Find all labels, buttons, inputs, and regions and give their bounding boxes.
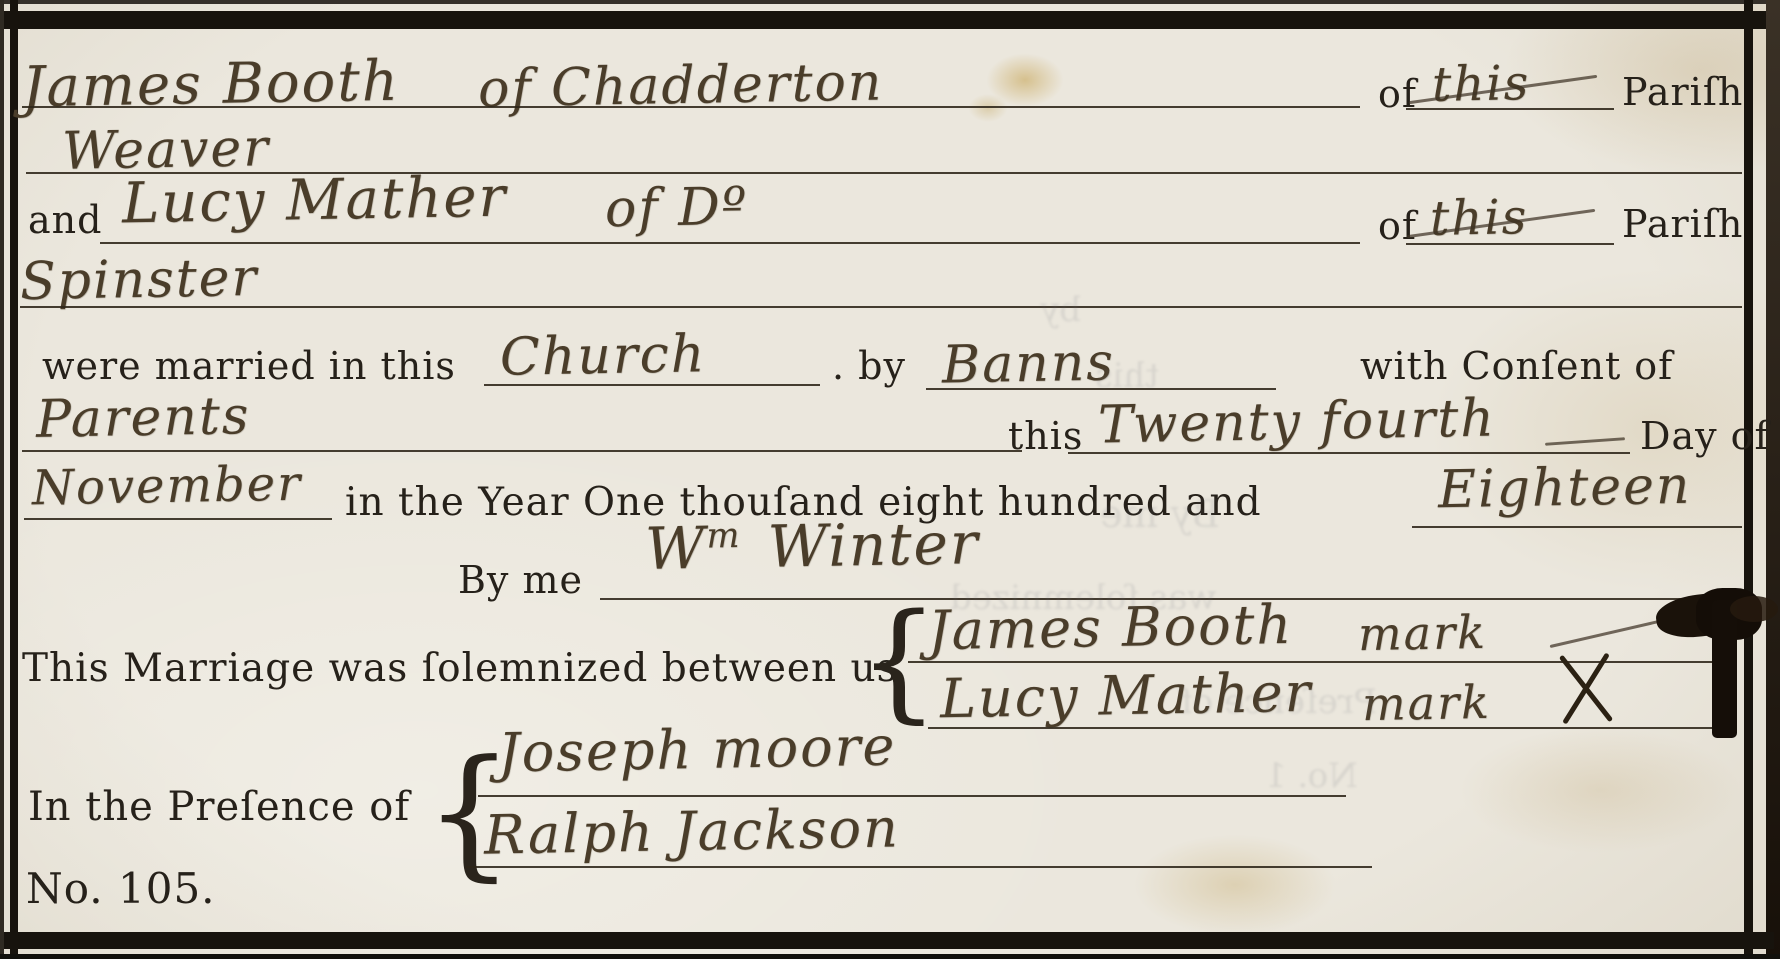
show-through-text: By me	[1100, 492, 1220, 536]
married-printed: were married in this	[42, 344, 456, 388]
groom-mark-word: mark	[1358, 605, 1488, 661]
consent-handwriting: Parents	[35, 386, 250, 450]
entry-rule	[20, 306, 1742, 308]
parish-label: Pariſh	[1622, 70, 1743, 114]
entry-rule	[22, 106, 1360, 108]
year-handwriting: Eighteen	[1437, 456, 1691, 520]
show-through-text: was ſolemnized	[950, 578, 1217, 618]
entry-rule	[1406, 108, 1614, 110]
entry-rule	[24, 518, 332, 520]
frame-left-thin	[0, 0, 4, 959]
frame-bottom-bar	[4, 932, 1774, 949]
show-through-text: by	[1040, 290, 1081, 330]
signature-mark-cross	[1545, 652, 1625, 726]
frame-right-bar	[1744, 0, 1753, 959]
bride-mark-word: mark	[1362, 675, 1492, 731]
show-through-text: Preſence of	[1180, 682, 1377, 722]
officiant-signature: WmWinter	[644, 509, 980, 583]
bride-parish-handwriting: this	[1430, 189, 1529, 247]
show-through-text: this	[1095, 356, 1159, 396]
entry-rule	[100, 242, 1360, 244]
solemnized-printed: This Marriage was ſolemnized between us	[22, 646, 898, 691]
month-handwriting: November	[32, 456, 303, 517]
place-handwriting: Church	[499, 324, 706, 388]
frame-top-bar	[4, 11, 1774, 29]
day-handwriting: Twenty fourth	[1098, 389, 1497, 456]
groom-residence-handwriting: of Chadderton	[478, 52, 884, 119]
witness2-signature: Ralph Jackson	[483, 796, 900, 866]
entry-rule	[484, 384, 820, 386]
frame-bottom-thin	[0, 954, 1780, 959]
ink-blot-smear	[1730, 596, 1778, 622]
ink-blot-drip	[1712, 600, 1737, 738]
day-of-label: Day of	[1640, 414, 1770, 458]
presence-printed: In the Preſence of	[28, 784, 410, 830]
consent-printed: with Conſent of	[1360, 344, 1673, 388]
and-label: and	[28, 198, 102, 242]
entry-number: No. 105.	[26, 864, 216, 913]
entry-rule	[478, 795, 1346, 797]
marriage-register-page: James Booth of Chadderton of this Pariſh…	[0, 0, 1780, 959]
groom-parish-handwriting: this	[1432, 55, 1531, 113]
frame-top-thin	[0, 0, 1780, 4]
entry-rule	[1068, 452, 1630, 454]
entry-rule	[22, 450, 1022, 452]
show-through-text: No. 1	[1265, 756, 1358, 796]
entry-rule	[928, 727, 1714, 729]
bride-name-handwriting: Lucy Mather	[121, 165, 507, 237]
bride-residence-handwriting: of Dº	[604, 177, 748, 239]
page-edge-right	[1766, 0, 1780, 959]
flourish-tail	[1545, 437, 1625, 446]
of-label: of	[1378, 204, 1417, 248]
method-handwriting: Banns	[941, 332, 1115, 395]
witness1-signature: Joseph moore	[497, 715, 896, 785]
entry-rule	[1412, 526, 1742, 528]
groom-name-handwriting: James Booth	[21, 49, 400, 121]
parish-label: Pariſh	[1622, 202, 1743, 246]
by-me-label: By me	[458, 558, 583, 602]
by-label: . by	[832, 344, 906, 388]
bride-condition-handwriting: Spinster	[19, 248, 258, 312]
entry-rule	[1406, 243, 1614, 245]
frame-left-bar	[10, 0, 18, 959]
entry-rule	[466, 866, 1372, 868]
